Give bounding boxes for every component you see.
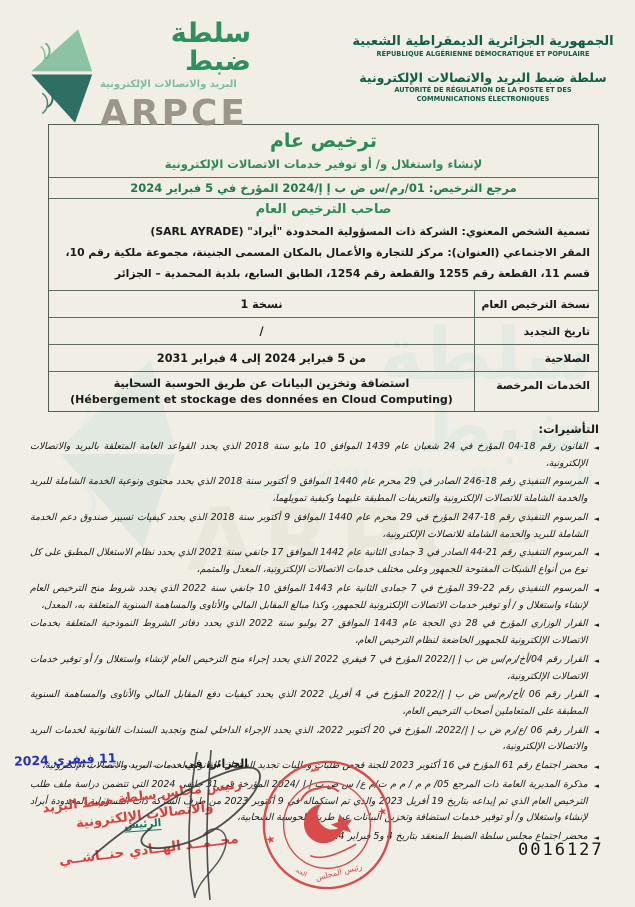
row-label: الصلاحية [474,345,598,371]
license-holder-section: صاحب الترخيص العام تسمية الشخص المعنوي: … [49,198,598,290]
triangle-bullet-icon: ◄ [594,692,599,700]
star-icon: ★ [264,832,277,847]
triangle-bullet-icon: ◄ [594,621,599,629]
row-label: تاريخ التجديد [474,318,598,344]
national-header: الجمهورية الجزائرية الديمقراطية الشعبية … [349,34,617,132]
table-row-copy: نسخة الترخيص العام نسخة 1 [49,290,598,317]
services-fr: (Hébergement et stockage des données en … [70,393,453,406]
triangle-bullet-icon: ◄ [594,479,599,487]
list-item: ◄المرسوم التنفيذي رقم 18-247 المؤرخ في 2… [30,510,599,543]
triangle-bullet-icon: ◄ [594,782,599,790]
license-reference: مرجع الترخيص: 01/رم/س ض ب إ إ/2024 المؤر… [53,181,594,195]
arpce-sail-icon [22,26,100,126]
triangle-bullet-icon: ◄ [594,657,599,665]
list-item: ◄المرسوم التنفيذي رقم 21-44 الصادر في 3 … [30,545,599,578]
table-row-services: الخدمات المرخصة استضافة وتخزين البيانات … [49,371,598,411]
visas-title: التأشيرات: [30,422,599,436]
document-header: سلطة ضبط البريد والاتصالات الإلكترونية A… [22,20,617,132]
list-item: ◄القرار الوزاري المؤرخ في 28 ذي الحجة عا… [30,616,599,649]
list-item: ◄القانون رقم 18-04 المؤرخ في 24 شعبان عا… [30,439,599,472]
triangle-bullet-icon: ◄ [594,550,599,558]
document-page: سلطة ضبط البريد والاتصالات الإلكترونية A… [0,0,635,907]
license-subtitle: لإنشاء واستغلال و/ أو توفير خدمات الاتصا… [53,157,594,171]
holder-name: تسمية الشخص المعنوي: الشركة ذات المسؤولي… [57,221,590,242]
list-item: ◄المرسوم التنفيذي رقم 22-39 المؤرخ في 7 … [30,581,599,614]
triangle-bullet-icon: ◄ [594,728,599,736]
list-item: ◄القرار رقم 06 /أخ/رم/س ض ب إ إ/2022 الم… [30,687,599,720]
license-reference-row: مرجع الترخيص: 01/رم/س ض ب إ إ/2024 المؤر… [49,177,598,198]
republic-name-ar: الجمهورية الجزائرية الديمقراطية الشعبية [349,34,617,49]
logo-subtitle: البريد والاتصالات الإلكترونية [100,79,237,90]
table-row-validity: الصلاحية من 5 فبراير 2024 إلى 4 فبراير 2… [49,344,598,371]
holder-section-title: صاحب الترخيص العام [57,202,590,217]
table-row-renewal: تاريخ التجديد / [49,317,598,344]
serial-number: 0016127 [518,840,604,860]
president-green-stamp: الرئيس [124,817,162,833]
license-box: ترخيص عام لإنشاء واستغلال و/ أو توفير خد… [48,124,599,412]
republic-name-fr: RÉPUBLIQUE ALGÉRIENNE DÉMOCRATIQUE ET PO… [349,50,617,58]
place-label: الجزائر، في [184,757,248,770]
services-ar: استضافة وتخزين البيانات عن طريق الحوسبة … [114,377,410,390]
row-value: / [49,318,474,344]
logo-title: سلطة ضبط [100,20,251,77]
authority-name-fr: AUTORITÉ DE RÉGULATION DE LA POSTE ET DE… [383,86,583,104]
triangle-bullet-icon: ◄ [594,444,599,452]
svg-text:رئيس المجلس: رئيس المجلس [315,862,364,882]
list-item: ◄القرار رقم 04/أخ/رم/س ض ب إ إ/2022 المؤ… [30,652,599,685]
row-label: نسخة الترخيص العام [474,291,598,317]
arpce-logo: سلطة ضبط البريد والاتصالات الإلكترونية A… [22,20,237,132]
row-value: استضافة وتخزين البيانات عن طريق الحوسبة … [49,372,474,411]
authority-name-ar: سلطة ضبط البريد والاتصالات الإلكترونية [349,70,617,85]
row-value: من 5 فبراير 2024 إلى 4 فبراير 2031 [49,345,474,371]
triangle-bullet-icon: ◄ [594,515,599,523]
row-value: نسخة 1 [49,291,474,317]
triangle-bullet-icon: ◄ [594,586,599,594]
crescent-star-emblem-icon [295,782,359,860]
holder-address: المقر الاجتماعي (العنوان): مركز للتجارة … [57,242,590,284]
list-item: ◄المرسوم التنفيذي رقم 18-246 الصادر في 2… [30,474,599,507]
logo-acronym: ARPCE [100,96,248,132]
row-label: الخدمات المرخصة [474,372,598,411]
triangle-bullet-icon: ◄ [594,763,599,771]
